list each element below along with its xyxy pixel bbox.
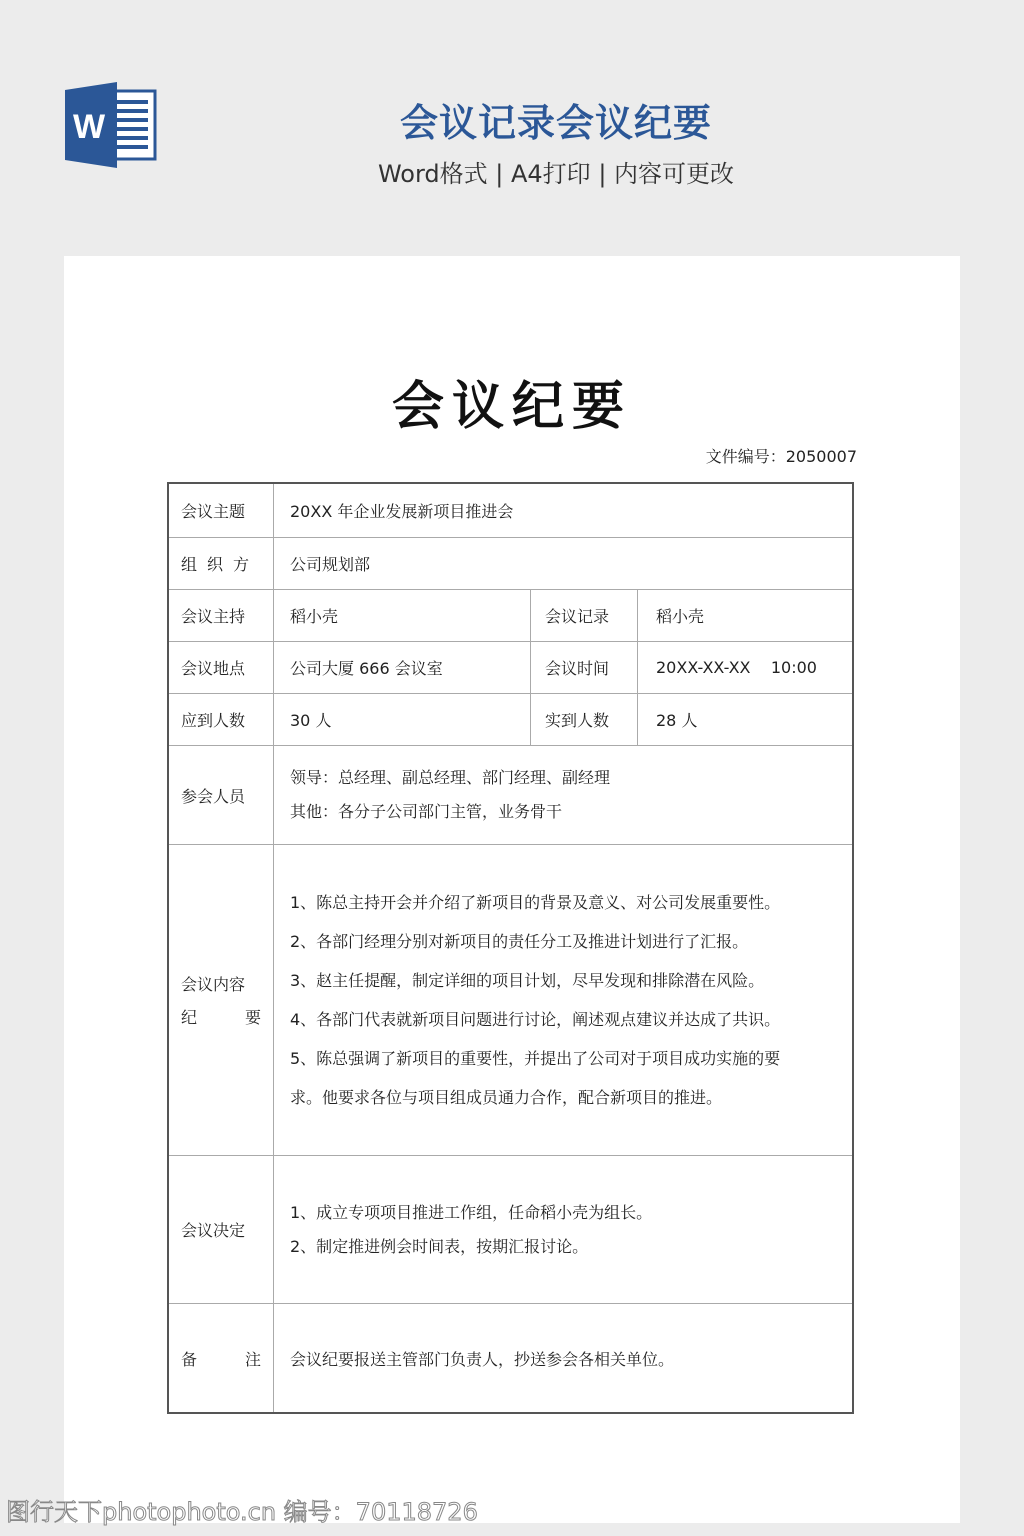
- table-row-organizer: 组织方 公司规划部: [169, 537, 852, 589]
- summary-item-3: 3、赵主任提醒，制定详细的项目计划，尽早发现和排除潜在风险。: [290, 961, 764, 1000]
- summary-item-5: 5、陈总强调了新项目的重要性，并提出了公司对于项目成功实施的要: [290, 1039, 780, 1078]
- attendees-others: 其他：各分子公司部门主管，业务骨干: [290, 795, 562, 829]
- word-document-icon: W: [65, 82, 157, 168]
- table-row-attendees: 参会人员 领导：总经理、副总经理、部门经理、副经理 其他：各分子公司部门主管，业…: [169, 745, 852, 844]
- table-row-topic: 会议主题 20XX 年企业发展新项目推进会: [169, 484, 852, 537]
- summary-label-line2: 纪 要: [181, 1005, 261, 1028]
- watermark: 图行天下photophoto.cn 编号：70118726: [6, 1492, 478, 1527]
- file-number: 文件编号：2050007: [706, 444, 857, 467]
- notes-label: 备 注: [169, 1304, 274, 1412]
- decision-item-1: 1、成立专项项目推进工作组，任命稻小壳为组长。: [290, 1196, 652, 1230]
- table-row-notes: 备 注 会议纪要报送主管部门负责人，抄送参会各相关单位。: [169, 1303, 852, 1412]
- attendees-value: 领导：总经理、副总经理、部门经理、副经理 其他：各分子公司部门主管，业务骨干: [274, 746, 852, 844]
- meeting-minutes-table: 会议主题 20XX 年企业发展新项目推进会 组织方 公司规划部 会议主持 稻小壳…: [167, 482, 854, 1414]
- banner-title: 会议记录会议纪要: [300, 92, 812, 147]
- expected-value: 30 人: [274, 694, 530, 745]
- attendees-label: 参会人员: [169, 746, 274, 844]
- table-row-location: 会议地点 公司大厦 666 会议室 会议时间 20XX-XX-XX 10:00: [169, 641, 852, 693]
- banner-subtitle: Word格式 | A4打印 | 内容可更改: [300, 154, 812, 189]
- organizer-value: 公司规划部: [274, 538, 852, 589]
- host-value: 稻小壳: [274, 590, 530, 641]
- recorder-label: 会议记录: [530, 590, 638, 641]
- table-row-decisions: 会议决定 1、成立专项项目推进工作组，任命稻小壳为组长。 2、制定推进例会时间表…: [169, 1155, 852, 1303]
- location-label: 会议地点: [169, 642, 274, 693]
- notes-value: 会议纪要报送主管部门负责人，抄送参会各相关单位。: [274, 1304, 852, 1412]
- topic-value: 20XX 年企业发展新项目推进会: [274, 484, 852, 537]
- summary-item-2: 2、各部门经理分别对新项目的责任分工及推进计划进行了汇报。: [290, 922, 748, 961]
- location-value: 公司大厦 666 会议室: [274, 642, 530, 693]
- table-row-host: 会议主持 稻小壳 会议记录 稻小壳: [169, 589, 852, 641]
- decisions-value: 1、成立专项项目推进工作组，任命稻小壳为组长。 2、制定推进例会时间表，按期汇报…: [274, 1156, 852, 1303]
- summary-label-char-yao: 要: [245, 1005, 261, 1028]
- time-label: 会议时间: [530, 642, 638, 693]
- organizer-label: 组织方: [169, 538, 274, 589]
- topic-label: 会议主题: [169, 484, 274, 537]
- summary-item-5-cont: 求。他要求各位与项目组成员通力合作，配合新项目的推进。: [290, 1078, 722, 1117]
- attendees-leaders: 领导：总经理、副总经理、部门经理、副经理: [290, 761, 610, 795]
- expected-label: 应到人数: [169, 694, 274, 745]
- summary-label: 会议内容 纪 要: [169, 845, 274, 1155]
- document-title: 会议纪要: [64, 364, 960, 439]
- decision-item-2: 2、制定推进例会时间表，按期汇报讨论。: [290, 1230, 588, 1264]
- summary-label-char-ji: 纪: [181, 1005, 197, 1028]
- summary-label-line1: 会议内容: [181, 972, 261, 995]
- summary-item-4: 4、各部门代表就新项目问题进行讨论，阐述观点建议并达成了共识。: [290, 1000, 780, 1039]
- document-page: 会议纪要 文件编号：2050007 会议主题 20XX 年企业发展新项目推进会 …: [64, 256, 960, 1523]
- summary-value: 1、陈总主持开会并介绍了新项目的背景及意义、对公司发展重要性。 2、各部门经理分…: [274, 845, 852, 1155]
- notes-label-char-zhu: 注: [245, 1347, 261, 1370]
- table-row-summary: 会议内容 纪 要 1、陈总主持开会并介绍了新项目的背景及意义、对公司发展重要性。…: [169, 844, 852, 1155]
- notes-label-char-bei: 备: [181, 1347, 197, 1370]
- actual-label: 实到人数: [530, 694, 638, 745]
- file-number-label: 文件编号：: [706, 447, 786, 466]
- word-icon-letter: W: [73, 108, 106, 146]
- host-label: 会议主持: [169, 590, 274, 641]
- table-row-attendance: 应到人数 30 人 实到人数 28 人: [169, 693, 852, 745]
- actual-value: 28 人: [638, 694, 852, 745]
- file-number-value: 2050007: [786, 447, 857, 466]
- decisions-label: 会议决定: [169, 1156, 274, 1303]
- time-value: 20XX-XX-XX 10:00: [638, 642, 852, 693]
- summary-item-1: 1、陈总主持开会并介绍了新项目的背景及意义、对公司发展重要性。: [290, 883, 780, 922]
- recorder-value: 稻小壳: [638, 590, 852, 641]
